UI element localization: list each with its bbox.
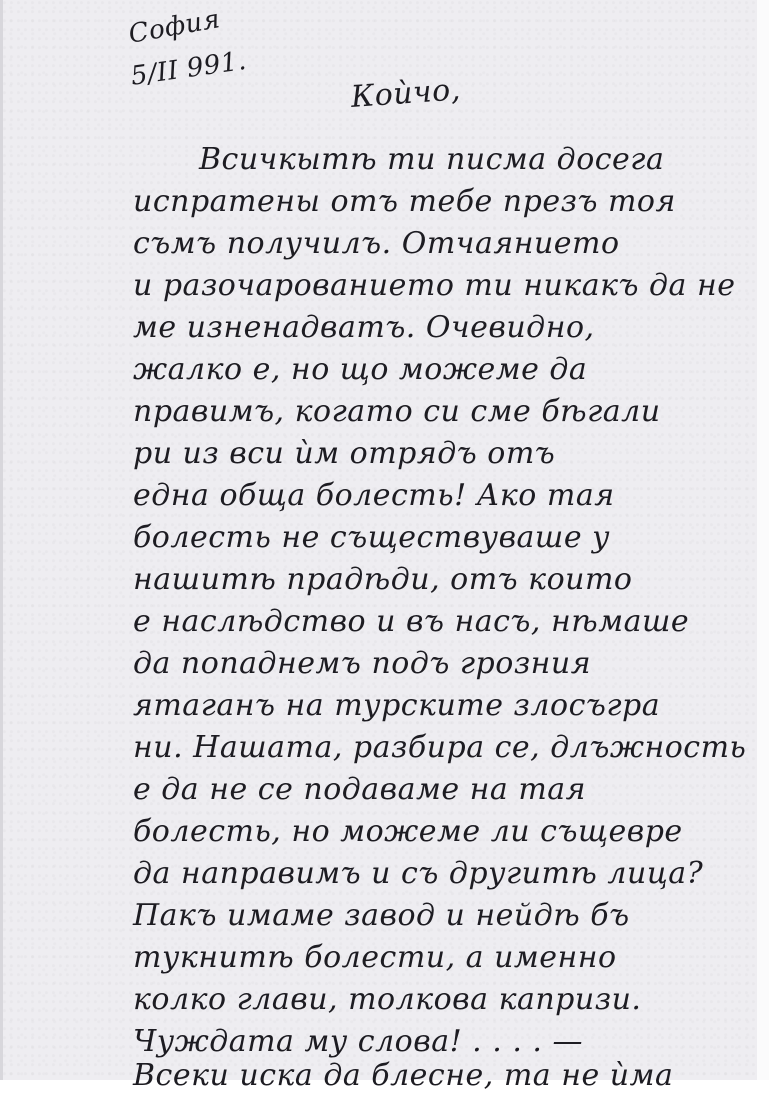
letter-line: и разочарованието ти никакъ да не (133, 268, 736, 303)
scan-margin (757, 0, 769, 1080)
letter-line: съмъ получилъ. Отчаянието (133, 226, 620, 261)
letter-line: испратены отъ тебе презъ тоя (133, 184, 676, 219)
letter-line: да направимъ и съ другитѣ лица? (133, 856, 703, 891)
letter-salutation: Коѝчо, (350, 72, 462, 115)
letter-line: Всичкытѣ ти писма досега (199, 142, 664, 177)
letter-line: тукнитѣ болести, а именно (133, 940, 617, 975)
letter-page: София 5/II 991. Коѝчо, Всичкытѣ ти писма… (0, 0, 760, 1080)
letter-line: Чуждата му слова! . . . . — (133, 1024, 583, 1059)
letter-line: една обща болесть! Ако тая (133, 478, 615, 513)
letter-line: Всеки иска да блесне, та не ѝма (133, 1058, 673, 1080)
letter-line: да попаднемъ подъ грозния (133, 646, 591, 681)
letter-line: правимъ, когато си сме бѣгали (133, 394, 661, 429)
letter-line: болесть, но можеме ли същевре (133, 814, 683, 849)
letter-line: е да не се подаваме на тая (133, 772, 586, 807)
letter-line: жалко е, но що можеме да (133, 352, 587, 387)
letter-line: Пакъ имаме завод и нейдѣ бъ (133, 898, 630, 933)
letter-line: болесть не съществуваше у (133, 520, 610, 555)
letter-date: 5/II 991. (129, 46, 249, 92)
letter-line: нашитѣ прадѣди, отъ които (133, 562, 633, 597)
letter-line: ятаганъ на турските злосъгра (133, 688, 660, 723)
letter-line: е наслѣдство и въ насъ, нѣмаше (133, 604, 689, 639)
letter-line: ри из вси ѝм отрядъ отъ (133, 436, 555, 471)
letter-line: колко глави, толкова капризи. (133, 982, 641, 1017)
letter-place: София (126, 4, 222, 50)
letter-line: ме изненадватъ. Очевидно, (133, 310, 595, 345)
letter-line: ни. Нашата, разбира се, длъжность (133, 730, 746, 765)
